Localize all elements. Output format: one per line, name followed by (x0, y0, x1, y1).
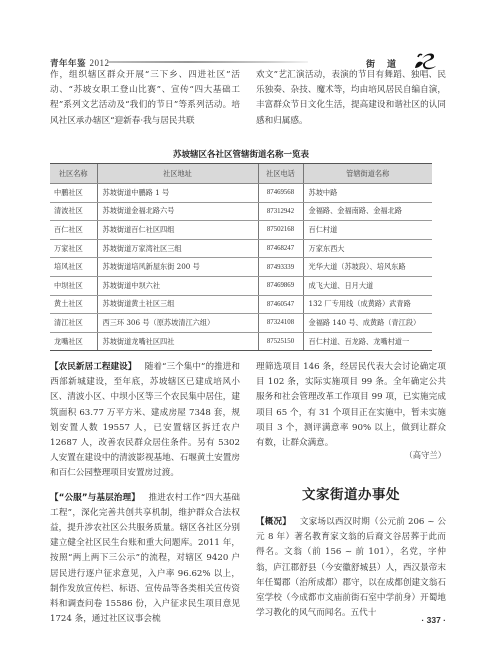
top-left-paragraph: 作，组织辖区群众开展“三下乡、四进社区”活动、“苏坡女职工登山比赛”、宣传“四大… (50, 68, 240, 129)
streets-cell: 132 厂专用线（成黄路）武青路 (303, 295, 432, 314)
author-signature: （高守兰） (256, 449, 446, 461)
section-heading: 【“公服”与基层治理】 (50, 493, 140, 503)
column-header: 社区电话 (258, 164, 303, 184)
phone-cell: 87468247 (258, 239, 303, 258)
address-cell: 苏坡街道龙嘴社区四社 (97, 332, 258, 351)
table-row: 黄土社区苏坡街道黄土社区三组87460547132 厂专用线（成黄路）武青路 (50, 295, 432, 314)
continued-paragraph: 理筛选项目 146 条，经居民代表大会讨论确定项目 102 条，实际实施项目 9… (256, 360, 446, 451)
table-row: 清江社区西三环 306 号（原苏坡清江六组）87324108金福路 140 号、… (50, 314, 432, 333)
community-name-cell: 百仁社区 (50, 221, 97, 240)
community-name-cell: 培风社区 (50, 258, 97, 277)
streets-cell: 苏坡中路 (303, 184, 432, 203)
phone-cell: 87525150 (258, 332, 303, 351)
table-row: 中坝社区苏坡街道中坝六社87469869成飞大道、日月大道 (50, 276, 432, 295)
address-cell: 苏坡街道万家湾社区三组 (97, 239, 258, 258)
phone-cell: 87312942 (258, 202, 303, 221)
section-body: 随着“三个集中”的推进和西部新城建设，至年底，苏坡辖区已建成培风小区、清波小区、… (50, 362, 240, 478)
page-number: · 337 · (256, 615, 446, 625)
bottom-left-column: 【农民新居工程建设】 随着“三个集中”的推进和西部新城建设，至年底，苏坡辖区已建… (50, 360, 240, 627)
community-name-cell: 中鹏社区 (50, 184, 97, 203)
overview-section: 【概况】 文家场以西汉时期（公元前 206 ~ 公元 8 年）著名教育家文翁的后… (256, 515, 446, 621)
column-header: 社区地址 (97, 164, 258, 184)
address-cell: 苏坡街道中鹏路 1 号 (97, 184, 258, 203)
address-cell: 苏坡街道黄土社区三组 (97, 295, 258, 314)
paragraph-text: 作，组织辖区群众开展“三下乡、四进社区”活动、“苏坡女职工登山比赛”、宣传“四大… (50, 68, 240, 129)
phone-cell: 87469568 (258, 184, 303, 203)
community-name-cell: 黄土社区 (50, 295, 97, 314)
address-cell: 苏坡街道培风新屋东街 200 号 (97, 258, 258, 277)
streets-cell: 百仁村道、百龙路、龙嘴村道一 (303, 332, 432, 351)
community-name-cell: 中坝社区 (50, 276, 97, 295)
spacer (50, 482, 240, 491)
address-cell: 苏坡街道百仁社区四组 (97, 221, 258, 240)
table-title: 苏坡辖区各社区管辖街道名称一览表 (50, 148, 432, 160)
section-public-services: 【“公服”与基层治理】 推进农村工作“四大基础工程”，深化完善共创共享机制，维护… (50, 491, 240, 628)
column-header: 管辖街道名称 (303, 164, 432, 184)
top-right-paragraph: 欢文”艺汇演活动，表演的节目有舞蹈、独唱、民乐独奏、杂技、魔术等，均由培风居民自… (256, 68, 446, 129)
community-table: 社区名称 社区地址 社区电话 管辖街道名称 中鹏社区苏坡街道中鹏路 1 号874… (50, 163, 432, 351)
community-name-cell: 清江社区 (50, 314, 97, 333)
section-farm-housing: 【农民新居工程建设】 随着“三个集中”的推进和西部新城建设，至年底，苏坡辖区已建… (50, 360, 240, 482)
phone-cell: 87469869 (258, 276, 303, 295)
table-row: 培风社区苏坡街道培风新屋东街 200 号87493339光华大道（苏坡段）、培风… (50, 258, 432, 277)
streets-cell: 百仁村道 (303, 221, 432, 240)
address-cell: 西三环 306 号（原苏坡清江六组） (97, 314, 258, 333)
bottom-right-column: 理筛选项目 146 条，经居民代表大会讨论确定项目 102 条，实际实施项目 9… (256, 360, 446, 451)
streets-cell: 万家东西大 (303, 239, 432, 258)
phone-cell: 87502168 (258, 221, 303, 240)
table-header-row: 社区名称 社区地址 社区电话 管辖街道名称 (50, 164, 432, 184)
section-title: 文家街道办事处 (256, 483, 446, 503)
section-heading: 【概况】 (256, 517, 291, 527)
yearbook-year: 2012 (89, 58, 109, 68)
header-rule (108, 61, 308, 63)
streets-cell: 金福路、金福南路、金福北路 (303, 202, 432, 221)
streets-cell: 成飞大道、日月大道 (303, 276, 432, 295)
section-body: 推进农村工作“四大基础工程”，深化完善共创共享机制，维护群众合法权益，提升涉农社… (50, 493, 240, 625)
table-row: 龙嘴社区苏坡街道龙嘴社区四社87525150百仁村道、百龙路、龙嘴村道一 (50, 332, 432, 351)
phone-cell: 87493339 (258, 258, 303, 277)
address-cell: 苏坡街道中坝六社 (97, 276, 258, 295)
section-heading: 【农民新居工程建设】 (50, 362, 136, 372)
community-name-cell: 清波社区 (50, 202, 97, 221)
streets-cell: 光华大道（苏坡段）、培风东路 (303, 258, 432, 277)
phone-cell: 87324108 (258, 314, 303, 333)
table-row: 中鹏社区苏坡街道中鹏路 1 号87469568苏坡中路 (50, 184, 432, 203)
community-name-cell: 万家社区 (50, 239, 97, 258)
column-header: 社区名称 (50, 164, 97, 184)
table-row: 万家社区苏坡街道万家湾社区三组87468247万家东西大 (50, 239, 432, 258)
address-cell: 苏坡街道金福北路六号 (97, 202, 258, 221)
paragraph-text: 欢文”艺汇演活动，表演的节目有舞蹈、独唱、民乐独奏、杂技、魔术等，均由培风居民自… (256, 68, 446, 129)
streets-cell: 金福路 140 号、成黄路（青江段） (303, 314, 432, 333)
community-name-cell: 龙嘴社区 (50, 332, 97, 351)
section-body: 文家场以西汉时期（公元前 206 ~ 公元 8 年）著名教育家文翁的后裔文谷居葬… (256, 517, 446, 618)
table-row: 清波社区苏坡街道金福北路六号87312942金福路、金福南路、金福北路 (50, 202, 432, 221)
table-row: 百仁社区苏坡街道百仁社区四组87502168百仁村道 (50, 221, 432, 240)
phone-cell: 87460547 (258, 295, 303, 314)
